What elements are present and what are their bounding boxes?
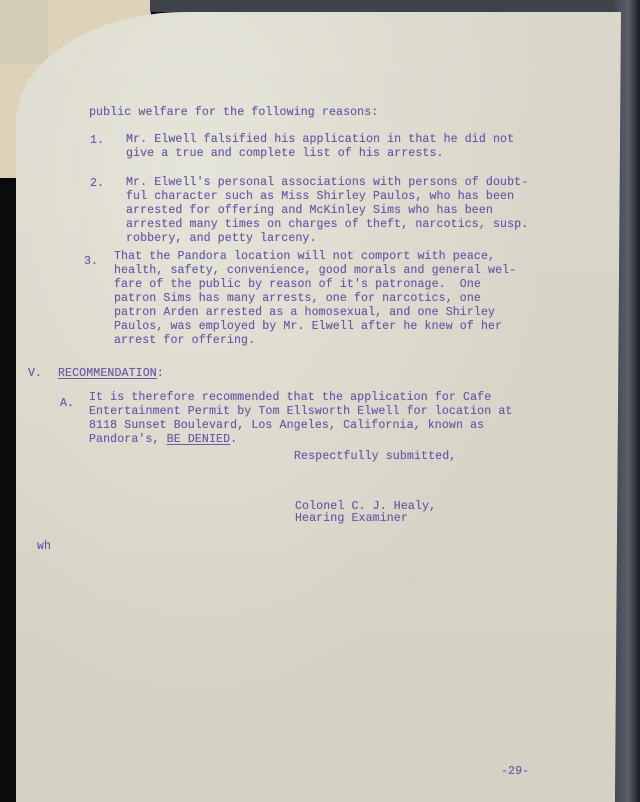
recommendation-line: 8118 Sunset Boulevard, Los Angeles, Cali… <box>89 419 484 433</box>
reason-line: ful character such as Miss Shirley Paulo… <box>126 190 514 204</box>
reason-number: 2. <box>90 177 104 191</box>
reason-line: patron Arden arrested as a homosexual, a… <box>114 306 495 320</box>
reason-line: arrested for offering and McKinley Sims … <box>126 204 493 218</box>
intro-line: public welfare for the following reasons… <box>89 106 378 120</box>
section-heading-text: RECOMMENDATION <box>58 367 157 380</box>
reason-line: That the Pandora location will not compo… <box>114 250 495 264</box>
reason-line: fare of the public by reason of it's pat… <box>114 278 481 292</box>
section-heading-colon: : <box>157 367 164 380</box>
reason-line: patron Sims has many arrests, one for na… <box>114 292 481 306</box>
page-number: -29- <box>501 765 529 779</box>
reason-line: give a true and complete list of his arr… <box>126 147 444 161</box>
reason-line: Mr. Elwell falsified his application in … <box>126 133 514 147</box>
reason-line: Paulos, was employed by Mr. Elwell after… <box>114 320 502 334</box>
recommendation-line-final: Pandora's, BE DENIED. <box>89 433 237 447</box>
background-strip-top <box>150 0 620 12</box>
reason-line: robbery, and petty larceny. <box>126 232 317 246</box>
final-line-suffix: . <box>230 433 237 446</box>
document-page: public welfare for the following reasons… <box>16 12 621 802</box>
denial-emphasis: BE DENIED <box>167 433 231 446</box>
recommendation-line: Entertainment Permit by Tom Ellsworth El… <box>89 405 512 419</box>
reason-line: arrested many times on charges of theft,… <box>126 218 528 232</box>
section-number: V. <box>28 367 42 381</box>
reason-number: 1. <box>90 134 104 148</box>
reason-line: arrest for offering. <box>114 334 255 348</box>
signature-title: Hearing Examiner <box>295 512 408 526</box>
final-line-prefix: Pandora's, <box>89 433 167 446</box>
typist-initials: wh <box>37 540 51 554</box>
underlying-page-texture <box>0 0 48 64</box>
item-letter: A. <box>60 397 74 411</box>
section-heading: RECOMMENDATION: <box>58 367 164 381</box>
reason-number: 3. <box>84 255 98 269</box>
reason-line: Mr. Elwell's personal associations with … <box>126 176 528 190</box>
reason-line: health, safety, convenience, good morals… <box>114 264 516 278</box>
closing-text: Respectfully submitted, <box>294 450 456 464</box>
recommendation-line: It is therefore recommended that the app… <box>89 391 491 405</box>
